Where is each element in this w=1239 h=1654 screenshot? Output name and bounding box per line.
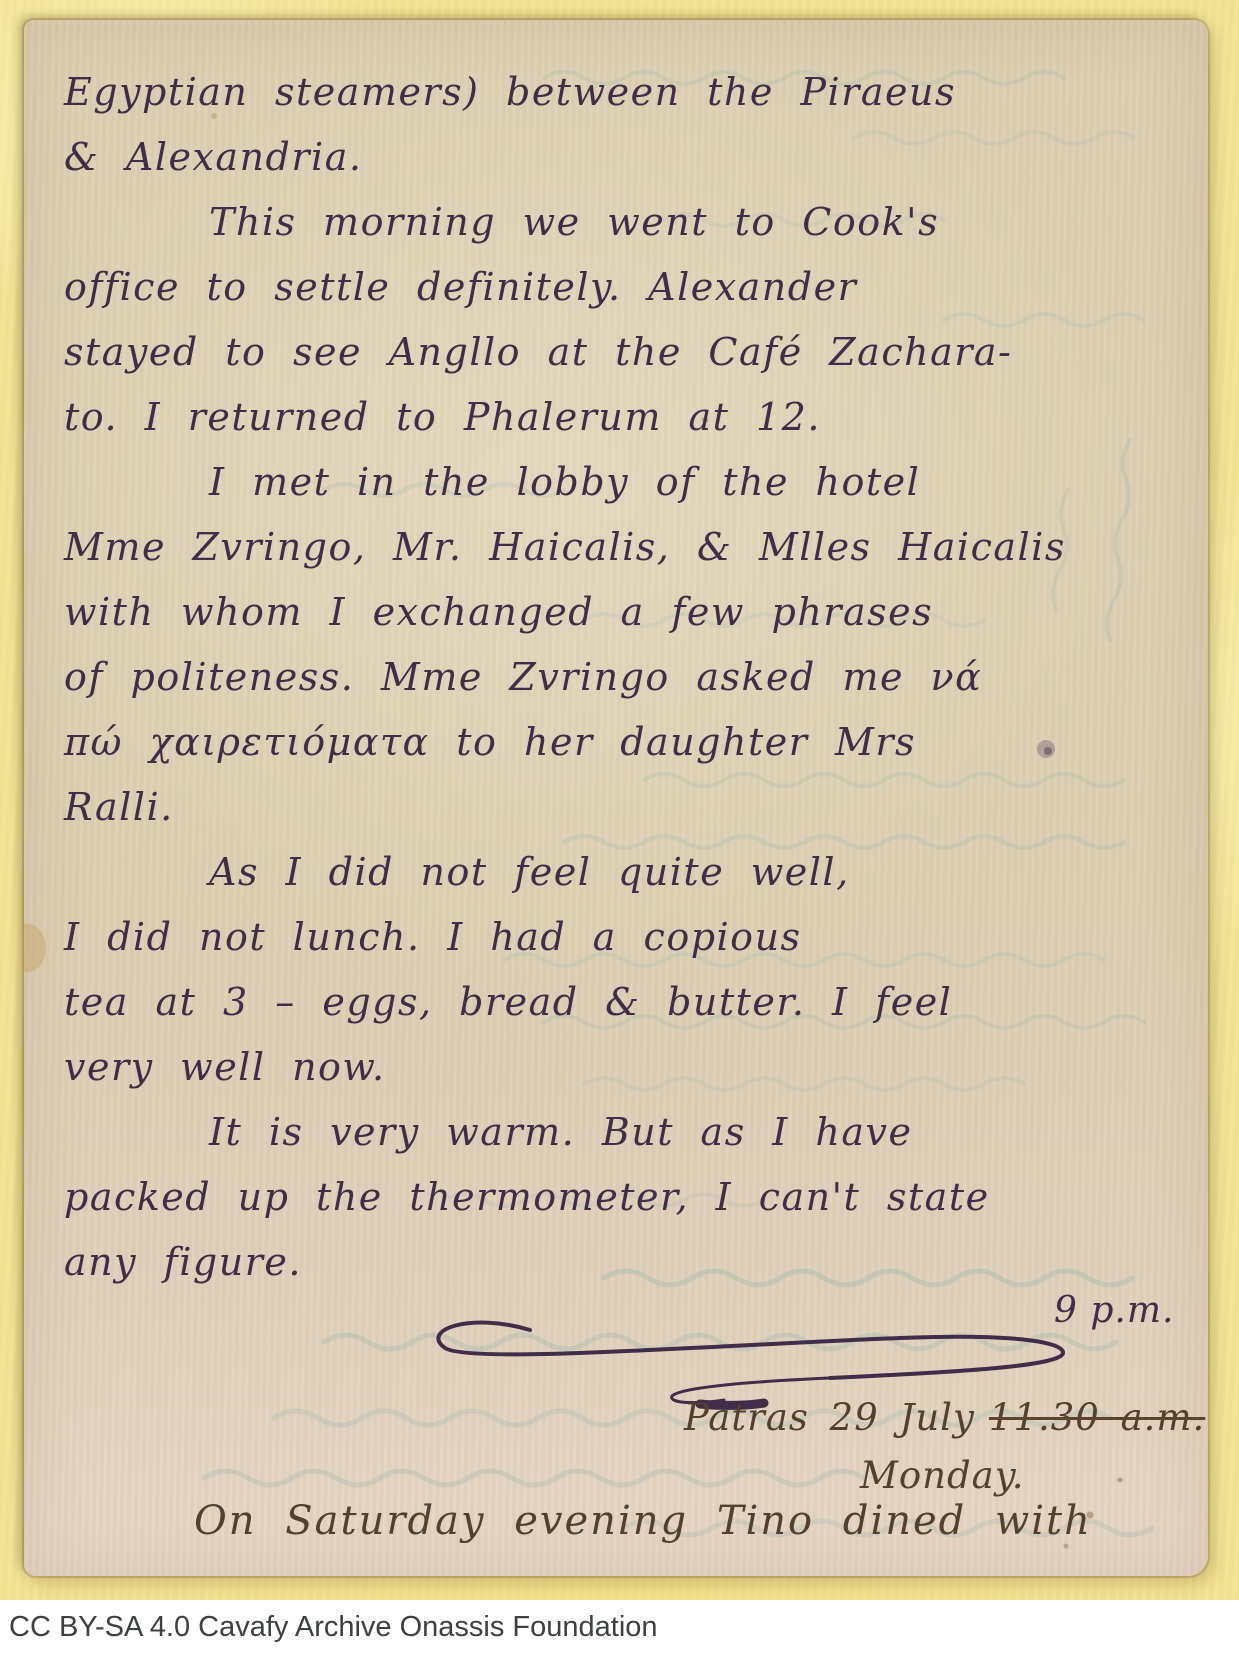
letter-line: I did not lunch. I had a copious	[64, 905, 1176, 970]
letter-line: Mme Zvringo, Mr. Haicalis, & Mlles Haica…	[64, 515, 1176, 580]
struck-time: 11.30 a.m.	[989, 1396, 1205, 1439]
letter-line: tea at 3 – eggs, bread & butter. I feel	[64, 970, 1176, 1035]
letter-line: As I did not feel quite well,	[64, 840, 1176, 905]
letter-line: I met in the lobby of the hotel	[64, 450, 1176, 515]
letter-line: packed up the thermometer, I can't state	[64, 1165, 1176, 1230]
letter-line: This morning we went to Cook's	[64, 190, 1176, 255]
letter-line: to. I returned to Phalerum at 12.	[64, 385, 1176, 450]
letter-paper: Egyptian steamers) between the Piraeus& …	[24, 20, 1208, 1576]
letter-line: stayed to see Angllo at the Café Zachara…	[64, 320, 1176, 385]
letter-line: Ralli.	[64, 775, 1176, 840]
letter-line: It is very warm. But as I have	[64, 1100, 1176, 1165]
letter-body: Egyptian steamers) between the Piraeus& …	[64, 60, 1176, 1295]
letter-line: πώ χαιρετιόματα to her daughter Mrs	[64, 710, 1176, 775]
letter-line: with whom I exchanged a few phrases	[64, 580, 1176, 645]
attribution-bar: CC BY-SA 4.0 Cavafy Archive Onassis Foun…	[0, 1600, 1239, 1654]
letter-line: any figure.	[64, 1230, 1176, 1295]
signoff-time: 9 p.m.	[1054, 1290, 1174, 1331]
letter-line: of politeness. Mme Zvringo asked me νά	[64, 645, 1176, 710]
signoff-place-date-text: Patras 29 July	[684, 1396, 975, 1439]
postscript-line: On Saturday evening Tino dined with	[194, 1498, 1092, 1544]
letter-line: very well now.	[64, 1035, 1176, 1100]
letter-line: office to settle definitely. Alexander	[64, 255, 1176, 320]
letter-line: & Alexandria.	[64, 125, 1176, 190]
letter-line: Egyptian steamers) between the Piraeus	[64, 60, 1176, 125]
signoff-place-date: Patras 29 July11.30 a.m.	[684, 1396, 1205, 1439]
signoff-day: Monday.	[860, 1454, 1025, 1497]
attribution-text: CC BY-SA 4.0 Cavafy Archive Onassis Foun…	[9, 1611, 658, 1644]
scanned-letter-page: Egyptian steamers) between the Piraeus& …	[0, 0, 1239, 1654]
